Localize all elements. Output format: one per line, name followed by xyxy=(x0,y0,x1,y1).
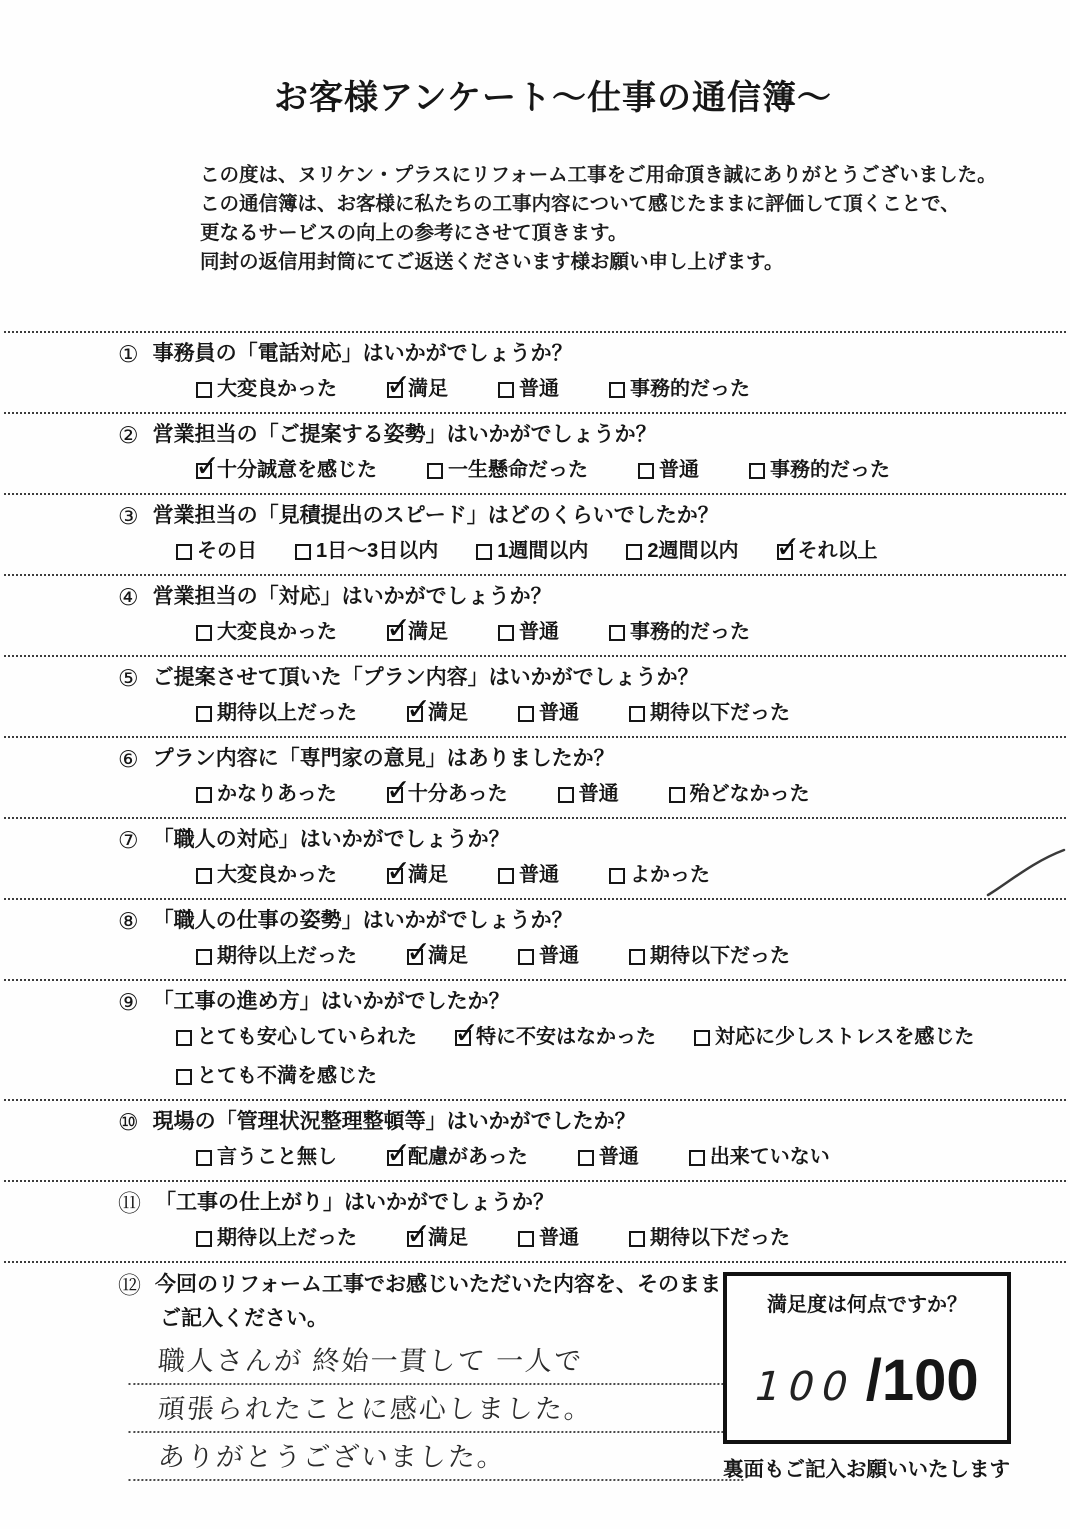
checkbox[interactable] xyxy=(609,382,625,398)
checkbox[interactable] xyxy=(427,463,443,479)
question-heading: ② 営業担当の「ご提案する姿勢」はいかがでしょうか？ xyxy=(118,421,1015,449)
checkbox[interactable] xyxy=(295,544,311,560)
checkbox[interactable] xyxy=(498,625,514,641)
intro-line: この通信簿は、お客様に私たちの工事内容について感じたままに評価して頂くことで、 xyxy=(200,190,1070,219)
score-denominator: /100 xyxy=(866,1347,979,1414)
question-options-row2: とても不満を感じた xyxy=(176,1064,1015,1089)
question-heading: ⑩ 現場の「管理状況整理整頓等」はいかがでしたか？ xyxy=(118,1108,1015,1136)
q9-option-3: 対応に少しストレスを感じた xyxy=(694,1025,974,1050)
handwritten-comment-line: ありがとうございました。 xyxy=(128,1433,746,1481)
question-text: 「工事の進め方」はいかがでしたか？ xyxy=(153,988,510,1016)
checkbox[interactable] xyxy=(638,463,654,479)
option-label: 期待以上だった xyxy=(217,944,357,969)
question-heading: ⑨ 「工事の進め方」はいかがでしたか？ xyxy=(118,988,1015,1016)
checkbox[interactable] xyxy=(196,1231,212,1247)
checkbox[interactable] xyxy=(196,868,212,884)
q6-option-3: 普通 xyxy=(558,782,619,807)
option-label: 普通 xyxy=(519,377,559,402)
q8-option-4: 期待以下だった xyxy=(629,944,790,969)
q9-option-4: とても不満を感じた xyxy=(176,1064,377,1089)
q11-option-1: 期待以上だった xyxy=(196,1226,357,1251)
question-number: ⑥ xyxy=(118,745,139,773)
q3-option-4: 2週間以内 xyxy=(626,539,738,564)
q1-option-1: 大変良かった xyxy=(196,377,337,402)
question-number: ① xyxy=(118,340,139,368)
option-label: 普通 xyxy=(539,944,579,969)
question-options: かなりあった 十分あった 普通 殆どなかった xyxy=(196,782,1015,807)
checkbox[interactable] xyxy=(694,1030,710,1046)
question-text: 「職人の仕事の姿勢」はいかがでしょうか？ xyxy=(153,907,573,935)
question-options: 大変良かった 満足 普通 事務的だった xyxy=(196,620,1015,645)
q11-option-3: 普通 xyxy=(518,1226,579,1251)
backside-note: 裏面もご記入お願いいたします xyxy=(723,1452,1010,1482)
q3-option-5: それ以上 xyxy=(777,539,878,564)
intro-paragraph: この度は、ヌリケン・プラスにリフォーム工事をご用命頂き誠にありがとうございました… xyxy=(200,161,1070,277)
question-number: ⑧ xyxy=(118,907,139,935)
question-8: ⑧ 「職人の仕事の姿勢」はいかがでしょうか？ 期待以上だった 満足 普通 期待以… xyxy=(0,900,1070,979)
checkbox[interactable] xyxy=(387,868,403,884)
checkbox[interactable] xyxy=(518,1231,534,1247)
q5-option-3: 普通 xyxy=(518,701,579,726)
q8-option-2: 満足 xyxy=(407,944,468,969)
option-label: 普通 xyxy=(539,1226,579,1251)
q1-option-3: 普通 xyxy=(498,377,559,402)
question-11: ⑪ 「工事の仕上がり」はいかがでしょうか？ 期待以上だった 満足 普通 期待以下… xyxy=(0,1182,1070,1261)
checkbox[interactable] xyxy=(196,625,212,641)
option-label: かなりあった xyxy=(217,782,337,807)
q3-option-3: 1週間以内 xyxy=(476,539,588,564)
question-number: ⑨ xyxy=(118,988,139,1016)
option-label: とても安心していられた xyxy=(197,1025,417,1050)
page-title: お客様アンケート～仕事の通信簿～ xyxy=(18,0,1070,119)
checkbox[interactable] xyxy=(387,1150,403,1166)
option-label: 1日～3日以内 xyxy=(316,539,438,564)
q1-option-2: 満足 xyxy=(387,377,448,402)
q4-option-4: 事務的だった xyxy=(609,620,750,645)
question-2: ② 営業担当の「ご提案する姿勢」はいかがでしょうか？ 十分誠意を感じた 一生懸命… xyxy=(0,414,1070,493)
score-row: 100 /100 xyxy=(727,1347,1007,1414)
option-label: 普通 xyxy=(519,620,559,645)
checkbox[interactable] xyxy=(629,949,645,965)
option-label: 事務的だった xyxy=(630,377,750,402)
stray-pen-mark-icon xyxy=(980,838,1070,903)
option-label: 出来ていない xyxy=(710,1145,830,1170)
option-label: 十分あった xyxy=(408,782,508,807)
option-label: よかった xyxy=(630,863,710,888)
checkbox[interactable] xyxy=(498,382,514,398)
option-label: 対応に少しストレスを感じた xyxy=(715,1025,974,1050)
option-label: 満足 xyxy=(408,620,448,645)
question-heading: ① 事務員の「電話対応」はいかがでしょうか？ xyxy=(118,340,1015,368)
question-text: 現場の「管理状況整理整頓等」はいかがでしたか？ xyxy=(153,1108,636,1136)
checkbox[interactable] xyxy=(196,1150,212,1166)
option-label: 満足 xyxy=(428,944,468,969)
checkbox[interactable] xyxy=(669,787,685,803)
checkbox[interactable] xyxy=(176,544,192,560)
question-text: 今回のリフォーム工事でお感じいただいた内容を、そのまま xyxy=(155,1271,721,1299)
option-label: それ以上 xyxy=(798,539,878,564)
q7-option-1: 大変良かった xyxy=(196,863,337,888)
q8-option-1: 期待以上だった xyxy=(196,944,357,969)
question-7: ⑦ 「職人の対応」はいかがでしょうか？ 大変良かった 満足 普通 よかった xyxy=(0,819,1070,898)
question-4: ④ 営業担当の「対応」はいかがでしょうか？ 大変良かった 満足 普通 事務的だっ… xyxy=(0,576,1070,655)
checkbox[interactable] xyxy=(626,544,642,560)
checkbox[interactable] xyxy=(196,706,212,722)
question-10: ⑩ 現場の「管理状況整理整頓等」はいかがでしたか？ 言うこと無し 配慮があった … xyxy=(0,1101,1070,1180)
checkbox[interactable] xyxy=(629,1231,645,1247)
q5-option-2: 満足 xyxy=(407,701,468,726)
question-number: ⑩ xyxy=(118,1108,139,1136)
score-box-title: 満足度は何点ですか？ xyxy=(727,1288,1007,1317)
checkbox[interactable] xyxy=(176,1069,192,1085)
q2-option-1: 十分誠意を感じた xyxy=(196,458,377,483)
intro-line: 同封の返信用封筒にてご返送くださいます様お願い申し上げます。 xyxy=(200,248,1070,277)
option-label: 大変良かった xyxy=(217,377,337,402)
question-options: 期待以上だった 満足 普通 期待以下だった xyxy=(196,944,1015,969)
q6-option-2: 十分あった xyxy=(387,782,508,807)
option-label: 特に不安はなかった xyxy=(476,1025,656,1050)
question-text: 「工事の仕上がり」はいかがでしょうか？ xyxy=(155,1189,554,1217)
q7-option-3: 普通 xyxy=(498,863,559,888)
option-label: 大変良かった xyxy=(217,863,337,888)
question-text: 営業担当の「対応」はいかがでしょうか？ xyxy=(153,583,552,611)
q6-option-4: 殆どなかった xyxy=(669,782,810,807)
question-options: その日 1日～3日以内 1週間以内 2週間以内 それ以上 xyxy=(176,539,1015,564)
checkbox[interactable] xyxy=(196,382,212,398)
question-options: とても安心していられた 特に不安はなかった 対応に少しストレスを感じた xyxy=(176,1025,1015,1050)
checkbox[interactable] xyxy=(387,787,403,803)
question-heading: ⑦ 「職人の対応」はいかがでしょうか？ xyxy=(118,826,1015,854)
question-number: ② xyxy=(118,421,139,449)
option-label: 期待以下だった xyxy=(650,1226,790,1251)
option-label: 言うこと無し xyxy=(217,1145,337,1170)
question-number: ⑤ xyxy=(118,664,139,692)
q2-option-3: 普通 xyxy=(638,458,699,483)
checkbox[interactable] xyxy=(196,787,212,803)
q4-option-2: 満足 xyxy=(387,620,448,645)
question-5: ⑤ ご提案させて頂いた「プラン内容」はいかがでしょうか？ 期待以上だった 満足 … xyxy=(0,657,1070,736)
q10-option-2: 配慮があった xyxy=(387,1145,528,1170)
option-label: 普通 xyxy=(579,782,619,807)
checkbox[interactable] xyxy=(196,463,212,479)
question-6: ⑥ プラン内容に「専門家の意見」はありましたか？ かなりあった 十分あった 普通… xyxy=(0,738,1070,817)
checkbox[interactable] xyxy=(387,382,403,398)
checkbox[interactable] xyxy=(609,868,625,884)
option-label: 満足 xyxy=(428,1226,468,1251)
q4-option-1: 大変良かった xyxy=(196,620,337,645)
checkbox[interactable] xyxy=(455,1030,471,1046)
option-label: 期待以下だった xyxy=(650,701,790,726)
option-label: 満足 xyxy=(408,377,448,402)
question-heading: ⑥ プラン内容に「専門家の意見」はありましたか？ xyxy=(118,745,1015,773)
checkbox[interactable] xyxy=(407,949,423,965)
question-options: 大変良かった 満足 普通 よかった xyxy=(196,863,1015,888)
checkbox[interactable] xyxy=(518,949,534,965)
option-label: 事務的だった xyxy=(630,620,750,645)
question-options: 十分誠意を感じた 一生懸命だった 普通 事務的だった xyxy=(196,458,1015,483)
checkbox[interactable] xyxy=(407,1231,423,1247)
question-text: プラン内容に「専門家の意見」はありましたか？ xyxy=(153,745,615,773)
q10-option-3: 普通 xyxy=(578,1145,639,1170)
q7-option-2: 満足 xyxy=(387,863,448,888)
question-text: 事務員の「電話対応」はいかがでしょうか？ xyxy=(153,340,573,368)
option-label: 一生懸命だった xyxy=(448,458,588,483)
q5-option-4: 期待以下だった xyxy=(629,701,790,726)
q3-option-2: 1日～3日以内 xyxy=(295,539,438,564)
checkbox[interactable] xyxy=(518,706,534,722)
q1-option-4: 事務的だった xyxy=(609,377,750,402)
question-heading: ⑧ 「職人の仕事の姿勢」はいかがでしょうか？ xyxy=(118,907,1015,935)
question-9: ⑨ 「工事の進め方」はいかがでしたか？ とても安心していられた 特に不安はなかっ… xyxy=(0,981,1070,1099)
option-label: 配慮があった xyxy=(408,1145,528,1170)
option-label: 2週間以内 xyxy=(647,539,738,564)
checkbox[interactable] xyxy=(196,949,212,965)
question-text: 「職人の対応」はいかがでしょうか？ xyxy=(153,826,510,854)
question-text: ご提案させて頂いた「プラン内容」はいかがでしょうか？ xyxy=(153,664,699,692)
question-options: 大変良かった 満足 普通 事務的だった xyxy=(196,377,1015,402)
question-heading: ③ 営業担当の「見積提出のスピード」はどのくらいでしたか？ xyxy=(118,502,1015,530)
checkbox[interactable] xyxy=(176,1030,192,1046)
free-comment-area[interactable]: 職人さんが 終始一貫して 一人で 頑張られたことに感心しました。 ありがとうござ… xyxy=(130,1337,745,1481)
q9-option-2: 特に不安はなかった xyxy=(455,1025,656,1050)
question-number: ⑪ xyxy=(118,1189,141,1217)
checkbox[interactable] xyxy=(558,787,574,803)
option-label: 普通 xyxy=(599,1145,639,1170)
option-label: 普通 xyxy=(659,458,699,483)
q2-option-2: 一生懸命だった xyxy=(427,458,588,483)
question-number: ⑫ xyxy=(118,1271,141,1299)
q9-option-1: とても安心していられた xyxy=(176,1025,417,1050)
option-label: 十分誠意を感じた xyxy=(217,458,377,483)
option-label: 期待以上だった xyxy=(217,701,357,726)
q11-option-2: 満足 xyxy=(407,1226,468,1251)
question-number: ③ xyxy=(118,502,139,530)
option-label: 普通 xyxy=(539,701,579,726)
checkbox[interactable] xyxy=(498,868,514,884)
question-options: 期待以上だった 満足 普通 期待以下だった xyxy=(196,1226,1015,1251)
q6-option-1: かなりあった xyxy=(196,782,337,807)
survey-page: お客様アンケート～仕事の通信簿～ この度は、ヌリケン・プラスにリフォーム工事をご… xyxy=(0,0,1070,1529)
question-options: 言うこと無し 配慮があった 普通 出来ていない xyxy=(196,1145,1015,1170)
q7-option-4: よかった xyxy=(609,863,710,888)
satisfaction-score-box: 満足度は何点ですか？ 100 /100 xyxy=(723,1272,1011,1444)
option-label: 期待以上だった xyxy=(217,1226,357,1251)
option-label: 期待以下だった xyxy=(650,944,790,969)
checkbox[interactable] xyxy=(777,544,793,560)
question-options: 期待以上だった 満足 普通 期待以下だった xyxy=(196,701,1015,726)
intro-line: この度は、ヌリケン・プラスにリフォーム工事をご用命頂き誠にありがとうございました… xyxy=(200,161,1070,190)
option-label: 満足 xyxy=(428,701,468,726)
question-heading: ④ 営業担当の「対応」はいかがでしょうか？ xyxy=(118,583,1015,611)
question-1: ① 事務員の「電話対応」はいかがでしょうか？ 大変良かった 満足 普通 事務的だ… xyxy=(0,333,1070,412)
intro-line: 更なるサービスの向上の参考にさせて頂きます。 xyxy=(200,219,1070,248)
checkbox[interactable] xyxy=(387,625,403,641)
q2-option-4: 事務的だった xyxy=(749,458,890,483)
handwritten-score-value[interactable]: 100 xyxy=(750,1364,862,1410)
q11-option-4: 期待以下だった xyxy=(629,1226,790,1251)
q5-option-1: 期待以上だった xyxy=(196,701,357,726)
checkbox[interactable] xyxy=(689,1150,705,1166)
checkbox[interactable] xyxy=(476,544,492,560)
option-label: 普通 xyxy=(519,863,559,888)
option-label: その日 xyxy=(197,539,257,564)
handwritten-comment-line: 頑張られたことに感心しました。 xyxy=(128,1385,746,1433)
option-label: 大変良かった xyxy=(217,620,337,645)
option-label: 満足 xyxy=(408,863,448,888)
question-number: ④ xyxy=(118,583,139,611)
question-3: ③ 営業担当の「見積提出のスピード」はどのくらいでしたか？ その日 1日～3日以… xyxy=(0,495,1070,574)
q4-option-3: 普通 xyxy=(498,620,559,645)
checkbox[interactable] xyxy=(578,1150,594,1166)
question-text: 営業担当の「ご提案する姿勢」はいかがでしょうか？ xyxy=(153,421,657,449)
q3-option-1: その日 xyxy=(176,539,257,564)
checkbox[interactable] xyxy=(629,706,645,722)
checkbox[interactable] xyxy=(749,463,765,479)
option-label: 殆どなかった xyxy=(690,782,810,807)
q10-option-4: 出来ていない xyxy=(689,1145,830,1170)
option-label: 1週間以内 xyxy=(497,539,588,564)
q8-option-3: 普通 xyxy=(518,944,579,969)
option-label: 事務的だった xyxy=(770,458,890,483)
question-heading: ⑤ ご提案させて頂いた「プラン内容」はいかがでしょうか？ xyxy=(118,664,1015,692)
question-heading: ⑪ 「工事の仕上がり」はいかがでしょうか？ xyxy=(118,1189,1015,1217)
question-number: ⑦ xyxy=(118,826,139,854)
handwritten-comment-line: 職人さんが 終始一貫して 一人で xyxy=(128,1337,746,1385)
checkbox[interactable] xyxy=(609,625,625,641)
option-label: とても不満を感じた xyxy=(197,1064,377,1089)
q10-option-1: 言うこと無し xyxy=(196,1145,337,1170)
question-text: 営業担当の「見積提出のスピード」はどのくらいでしたか？ xyxy=(153,502,719,530)
checkbox[interactable] xyxy=(407,706,423,722)
